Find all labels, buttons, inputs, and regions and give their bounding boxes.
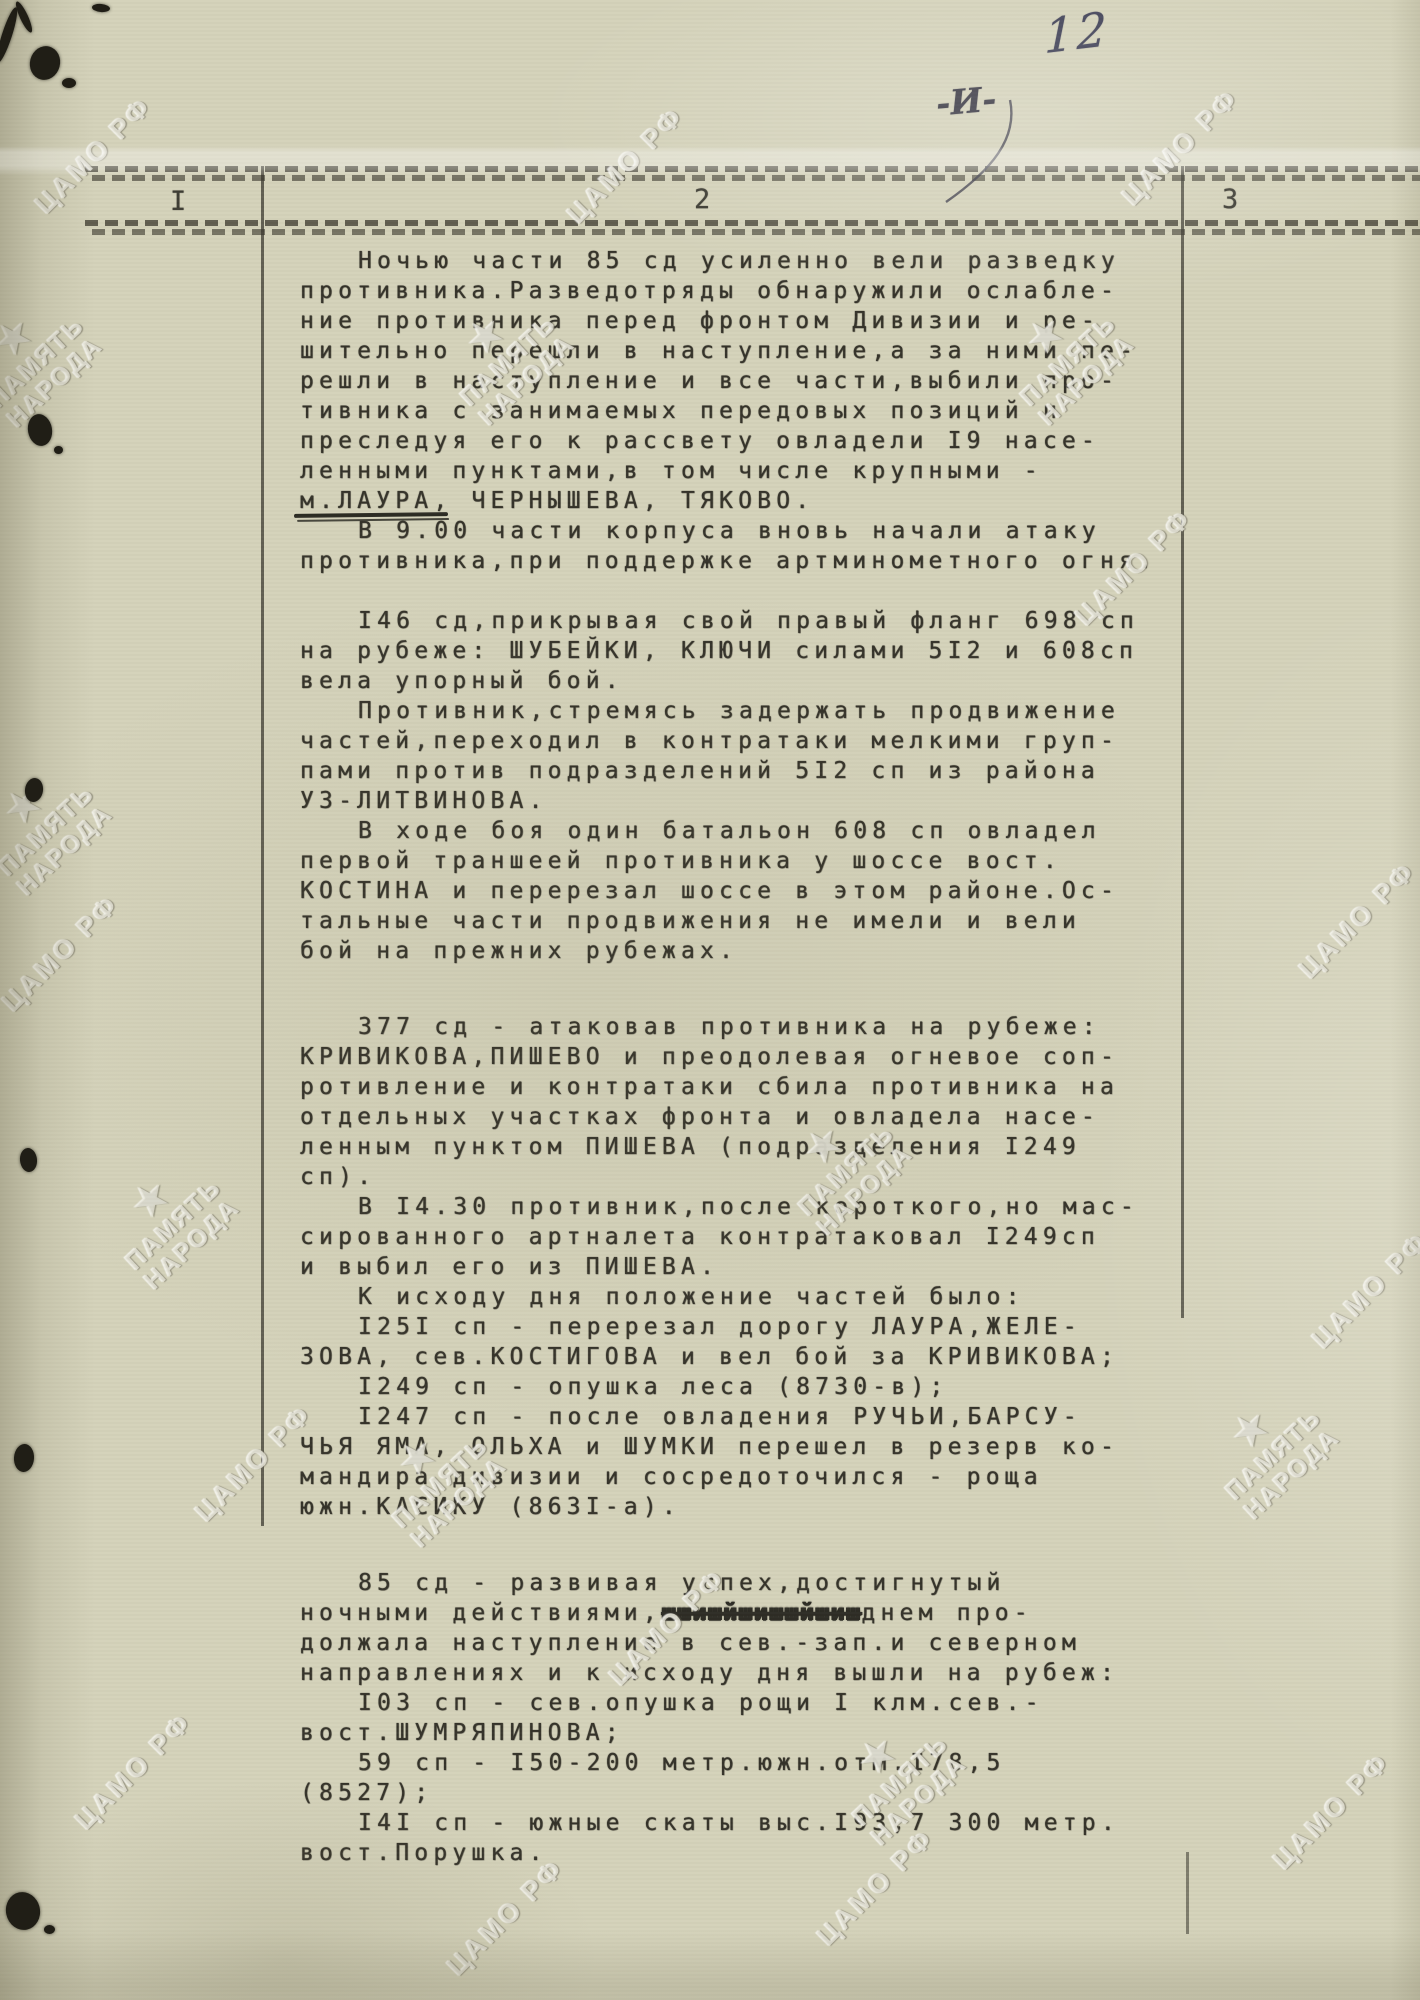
text-segment: В 9.00 части корпуса вновь начали атаку [358, 518, 1101, 544]
text-segment: тивника с занимаемых передовых позиций и [300, 398, 1062, 424]
text-line: на рубеже: ШУБЕЙКИ, КЛЮЧИ силами 5I2 и 6… [300, 636, 1176, 666]
text-line: бой на прежних рубежах. [300, 936, 1176, 966]
text-segment: ние противника перед фронтом Дивизии и р… [300, 308, 1100, 334]
text-line: ротивление и контратаки сбила противника… [300, 1072, 1176, 1102]
text-segment: преследуя его к рассвету овладели I9 нас… [300, 428, 1100, 454]
text-line: 59 сп - I50-200 метр.южн.отм.I78,5 [300, 1748, 1176, 1778]
text-segment: I03 сп - сев.опушка рощи I клм.сев.- [358, 1690, 1044, 1716]
text-segment: противника.Разведотряды обнаружили ослаб… [300, 278, 1119, 304]
text-segment: на рубеже: ШУБЕЙКИ, КЛЮЧИ силами 5I2 и 6… [300, 638, 1138, 664]
column-header-2: 2 [694, 184, 712, 215]
text-segment: ленным пунктом ПИШЕВА (подразделения I24… [300, 1134, 1081, 1160]
text-line: I25I сп - перерезал дорогу ЛАУРА,ЖЕЛЕ- [300, 1312, 1176, 1342]
text-segment: ротивление и контратаки сбила противника… [300, 1074, 1119, 1100]
text-segment: тальные части продвижения не имели и вел… [300, 908, 1081, 934]
text-segment: первой траншеей противника у шоссе вост. [300, 848, 1062, 874]
text-segment: I25I сп - перерезал дорогу ЛАУРА,ЖЕЛЕ- [358, 1314, 1082, 1340]
text-segment: I249 сп - опушка леса (8730-в); [358, 1374, 948, 1400]
text-line: пами против подразделений 5I2 сп из райо… [300, 756, 1176, 786]
page-number: 12 [1044, 2, 1110, 66]
text-segment: отдельных участках фронта и овладела нас… [300, 1104, 1100, 1130]
text-segment: сп). [300, 1164, 376, 1190]
text-segment: бой на прежних рубежах. [300, 938, 738, 964]
typed-rule-bottom [85, 220, 1420, 236]
text-segment: 377 сд - атаковав противника на рубеже: [358, 1014, 1101, 1040]
text-segment: сированного артналета контратаковал I249… [300, 1224, 1100, 1250]
text-line: I249 сп - опушка леса (8730-в); [300, 1372, 1176, 1402]
text-segment: I46 сд,прикрывая свой правый фланг 698 с… [358, 608, 1139, 634]
column-divider-left [261, 166, 264, 1526]
text-segment: и выбил его из ПИШЕВА. [300, 1254, 719, 1280]
paper-damage-spot [92, 3, 111, 13]
hand-underlined-text: м.ЛАУРА, [300, 488, 452, 514]
paragraph: В ходе боя один батальон 608 сп овладелп… [300, 816, 1176, 966]
text-line: I46 сд,прикрывая свой правый фланг 698 с… [300, 606, 1176, 636]
text-line: должала наступление в сев.-зап.и северно… [300, 1628, 1176, 1658]
text-segment: частей,переходил в контратаки мелкими гр… [300, 728, 1119, 754]
text-line: частей,переходил в контратаки мелкими гр… [300, 726, 1176, 756]
text-line: УЗ-ЛИТВИНОВА. [300, 786, 1176, 816]
text-segment: южн.КАСИКУ (863I-а). [300, 1494, 681, 1520]
paper-damage-spot [19, 1147, 38, 1173]
text-segment: Ночью части 85 сд усиленно вели разведку [358, 248, 1120, 274]
text-line: ЗОВА, сев.КОСТИГОВА и вел бой за КРИВИКО… [300, 1342, 1176, 1372]
text-segment: КРИВИКОВА,ПИШЕВО и преодолевая огневое с… [300, 1044, 1119, 1070]
paragraph: 85 сд - развивая успех,достигнутыйночным… [300, 1568, 1176, 1868]
text-segment: ЗОВА, сев.КОСТИГОВА и вел бой за КРИВИКО… [300, 1344, 1119, 1370]
text-line: и выбил его из ПИШЕВА. [300, 1252, 1176, 1282]
paper-damage-spot [2, 1889, 43, 1933]
text-segment: К исходу дня положение частей было: [358, 1284, 1025, 1310]
text-segment: В ходе боя один батальон 608 сп овладел [358, 818, 1101, 844]
document-text: Ночью части 85 сд усиленно вели разведку… [300, 246, 1176, 1868]
text-line: I03 сп - сев.опушка рощи I клм.сев.- [300, 1688, 1176, 1718]
text-segment: ЧЕРНЫШЕВА, ТЯКОВО. [452, 488, 814, 514]
text-segment: Противник,стремясь задержать продвижение [358, 698, 1120, 724]
text-line: В 9.00 части корпуса вновь начали атаку [300, 516, 1176, 546]
text-line: (8527); [300, 1778, 1176, 1808]
text-line: тальные части продвижения не имели и вел… [300, 906, 1176, 936]
paper-damage-spot [13, 1443, 35, 1472]
text-line: КРИВИКОВА,ПИШЕВО и преодолевая огневое с… [300, 1042, 1176, 1072]
text-line: ленным пунктом ПИШЕВА (подразделения I24… [300, 1132, 1176, 1162]
text-line: противника,при поддержке артминометного … [300, 546, 1176, 576]
text-line: первой траншеей противника у шоссе вост. [300, 846, 1176, 876]
column-divider-right [1181, 166, 1184, 1318]
text-line: направлениях и к исходу дня вышли на руб… [300, 1658, 1176, 1688]
column-header-3: 3 [1222, 184, 1240, 215]
column-divider-right-fragment [1186, 1852, 1189, 1934]
paper-damage-spot [44, 1925, 55, 1934]
text-segment: В I4.30 противник,после короткого,но мас… [358, 1194, 1139, 1220]
text-line: В ходе боя один батальон 608 сп овладел [300, 816, 1176, 846]
text-segment: противника,при поддержке артминометного … [300, 548, 1157, 574]
text-line: Противник,стремясь задержать продвижение [300, 696, 1176, 726]
paragraph: В I4.30 противник,после короткого,но мас… [300, 1192, 1176, 1282]
text-line: вост.Порушка. [300, 1838, 1176, 1868]
text-line: ночными действиями,шшишйшишшйшишднем про… [300, 1598, 1176, 1628]
margin-mark-flourish [930, 96, 1022, 208]
text-segment: КОСТИНА и перерезал шоссе в этом районе.… [300, 878, 1119, 904]
text-segment: УЗ-ЛИТВИНОВА. [300, 788, 548, 814]
text-line: отдельных участках фронта и овладела нас… [300, 1102, 1176, 1132]
paragraph: Противник,стремясь задержать продвижение… [300, 696, 1176, 816]
paper-damage-spot [54, 446, 63, 454]
text-line: 377 сд - атаковав противника на рубеже: [300, 1012, 1176, 1042]
text-line: 85 сд - развивая успех,достигнутый [300, 1568, 1176, 1598]
text-line: КОСТИНА и перерезал шоссе в этом районе.… [300, 876, 1176, 906]
text-line: К исходу дня положение частей было: [300, 1282, 1176, 1312]
text-segment: днем про- [861, 1600, 1032, 1626]
text-segment: I4I сп - южные скаты выс.I93,7 300 метр. [358, 1810, 1120, 1836]
text-line: В I4.30 противник,после короткого,но мас… [300, 1192, 1176, 1222]
scanned-document-page: ЦАМО РФЦАМО РФЦАМО РФЦАМО РФЦАМО РФЦАМО … [0, 0, 1420, 2000]
paper-damage-spot [62, 78, 76, 88]
paper-damage-spot [26, 43, 64, 84]
paragraph: В 9.00 части корпуса вновь начали атакуп… [300, 516, 1176, 576]
text-line: сп). [300, 1162, 1176, 1192]
text-segment: вост.Порушка. [300, 1840, 548, 1866]
paragraph: 377 сд - атаковав противника на рубеже:К… [300, 1012, 1176, 1192]
text-line: вела упорный бой. [300, 666, 1176, 696]
text-line: ленными пунктами,в том числе крупными - [300, 456, 1176, 486]
text-segment: вост.ШУМРЯПИНОВА; [300, 1720, 624, 1746]
paragraph: I46 сд,прикрывая свой правый фланг 698 с… [300, 606, 1176, 696]
text-line: сированного артналета контратаковал I249… [300, 1222, 1176, 1252]
text-segment: пами против подразделений 5I2 сп из райо… [300, 758, 1100, 784]
paper-damage-spot [25, 412, 54, 448]
typed-rule-top [85, 166, 1420, 182]
column-header-1: I [170, 186, 188, 217]
text-line: вост.ШУМРЯПИНОВА; [300, 1718, 1176, 1748]
text-segment: вела упорный бой. [300, 668, 624, 694]
text-segment: (8527); [300, 1780, 433, 1806]
text-line: Ночью части 85 сд усиленно вели разведку [300, 246, 1176, 276]
text-line: I4I сп - южные скаты выс.I93,7 300 метр. [300, 1808, 1176, 1838]
text-line: м.ЛАУРА, ЧЕРНЫШЕВА, ТЯКОВО. [300, 486, 1176, 516]
text-segment: направлениях и к исходу дня вышли на руб… [300, 1660, 1119, 1686]
text-segment: должала наступление в сев.-зап.и северно… [300, 1630, 1081, 1656]
text-segment: ленными пунктами,в том числе крупными - [300, 458, 1043, 484]
text-line: преследуя его к рассвету овладели I9 нас… [300, 426, 1176, 456]
text-segment: ночными действиями, [300, 1600, 662, 1626]
